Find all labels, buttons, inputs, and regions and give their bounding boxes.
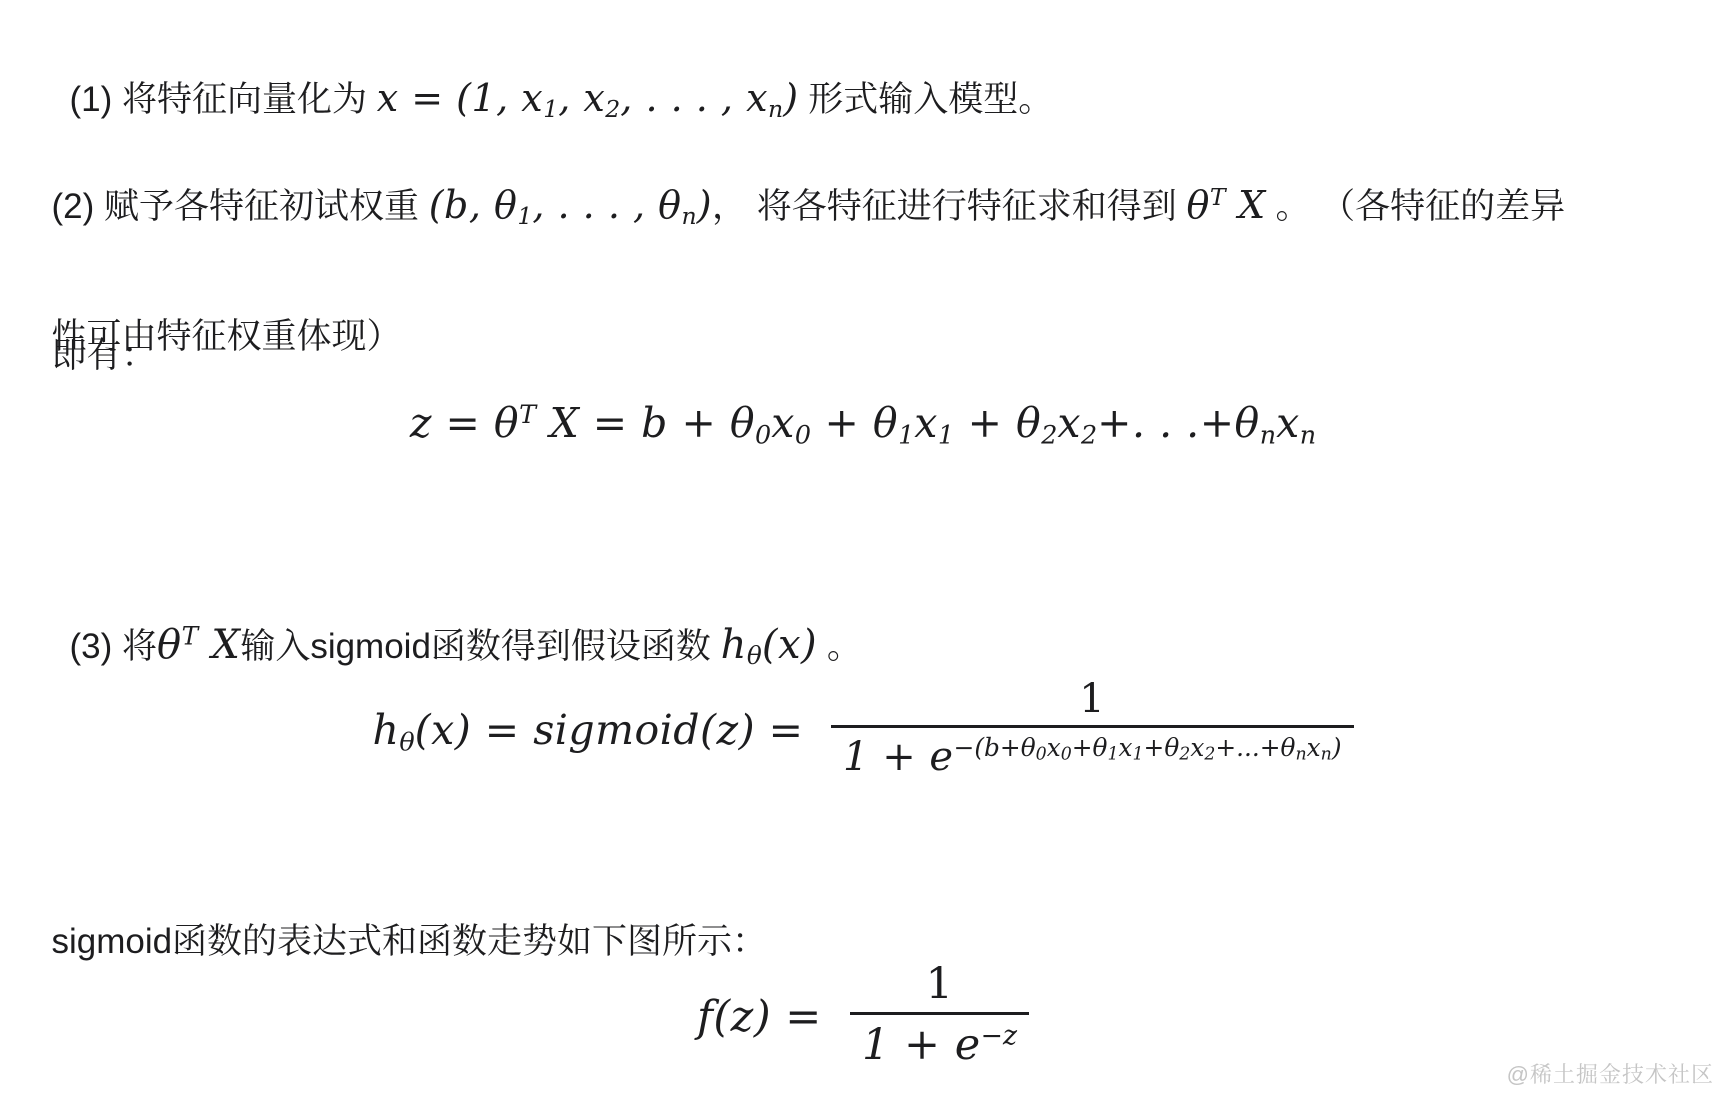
step2-theta-t-x-formula: θT X (1186, 183, 1265, 227)
step2-weights-formula: (b, θ1, . . . , θn) (429, 183, 712, 227)
formula-h-left-side: hθ(x) = sigmoid(z) = (372, 706, 817, 754)
step2-text-suffix: 。 （各特征的差异 (1266, 187, 1565, 226)
paragraph-ji-you: 即有： (32, 272, 156, 384)
formula-z-linear-combination: z = θT X = b + θ0x0 + θ1x1 + θ2x2+. . .+… (0, 390, 1726, 456)
formula-f-fraction: 11 + e−z (850, 962, 1029, 1073)
ji-you-text: 即有： (51, 336, 156, 375)
formula-f-denominator: 1 + e−z (850, 1012, 1029, 1073)
step2-text-mid: ， 将各特征进行特征求和得到 (712, 187, 1186, 226)
paragraph-step2: (2) 赋予各特征初试权重 (b, θ1, . . . , θn)， 将各特征进… (32, 108, 1565, 369)
formula-h-fraction: 11 + e−(b+θ0x0+θ1x1+θ2x2+...+θnxn) (831, 678, 1354, 782)
watermark-juejin-community: @稀土掘金技术社区 (1507, 1058, 1714, 1089)
formula-f-numerator: 1 (916, 962, 964, 1012)
step2-text-prefix: (2) 赋予各特征初试权重 (51, 187, 428, 226)
formula-sigmoid-definition: f(z) = 11 + e−z (0, 958, 1726, 1076)
formula-h-denominator: 1 + e−(b+θ0x0+θ1x1+θ2x2+...+θnxn) (831, 725, 1354, 782)
paragraph-sigmoid-intro: sigmoid函数的表达式和函数走势如下图所示： (32, 858, 767, 970)
formula-f-left-side: f(z) = (697, 992, 836, 1042)
formula-z-expression: z = θT X = b + θ0x0 + θ1x1 + θ2x2+. . .+… (410, 399, 1316, 447)
formula-h-numerator: 1 (1069, 678, 1115, 725)
sigmoid-intro-text: sigmoid函数的表达式和函数走势如下图所示： (51, 922, 767, 961)
formula-hypothesis-sigmoid: hθ(x) = sigmoid(z) = 11 + e−(b+θ0x0+θ1x1… (0, 660, 1726, 800)
